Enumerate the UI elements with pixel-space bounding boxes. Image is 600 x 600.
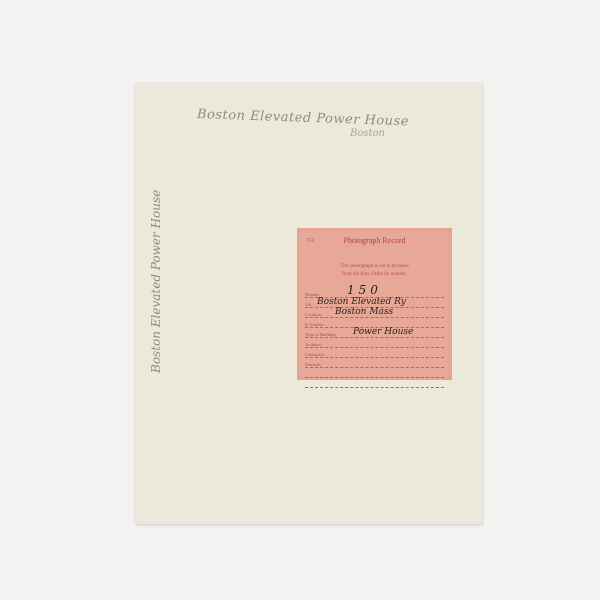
field-location: Location Boston Mass — [305, 308, 444, 318]
field-type-of-building: Type of Building Power House — [305, 328, 444, 338]
field-architect: Architect — [305, 338, 444, 348]
photograph-back-card: Boston Elevated Power House Boston Bosto… — [135, 83, 482, 524]
pencil-inscription-side: Boston Elevated Power House — [149, 190, 163, 373]
label-note: This photograph is not to be taken from … — [307, 263, 442, 279]
record-fields: Number 150 Job Boston Elevated Ry Locati… — [305, 288, 444, 388]
photograph-record-label: G2 Photograph Record This photograph is … — [297, 228, 452, 380]
field-remarks: Remarks — [305, 358, 444, 368]
label-title: Photograph Record — [297, 236, 452, 245]
pencil-inscription-sub: Boston — [350, 128, 385, 139]
blank-line — [305, 378, 444, 388]
pencil-inscription-top: Boston Elevated Power House — [197, 107, 409, 129]
blank-line — [305, 368, 444, 378]
field-contractor: Contractor — [305, 348, 444, 358]
